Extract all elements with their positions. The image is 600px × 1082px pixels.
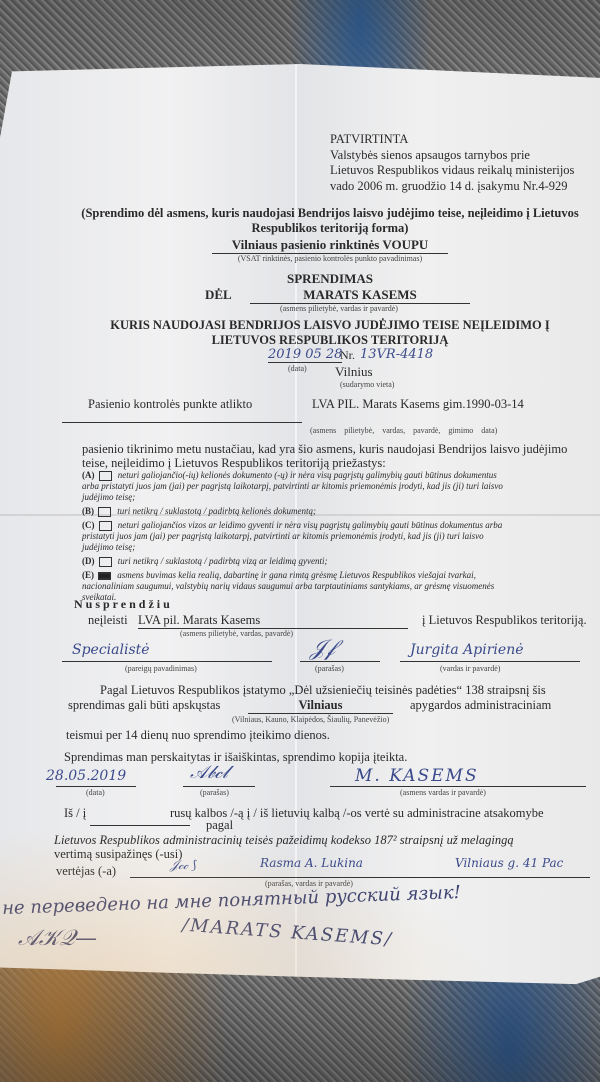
acknowledgement-name-caption: (asmens vardas ir pavardė) (400, 788, 486, 797)
date-caption: (data) (288, 364, 307, 373)
person-signature: 𝒜𝒷𝒸𝓁 (190, 762, 228, 783)
nr-label: Nr. (340, 348, 355, 363)
handwritten-note: не переведено на мне понятный русский яз… (2, 882, 461, 919)
translator-label: vertėjas (-a) (56, 864, 116, 879)
ruling-heading: Nusprendžiu (74, 597, 173, 612)
reason-text: judėjimo teisę; (82, 492, 135, 502)
reason-code: (D) (82, 556, 95, 566)
officer-title-caption: (pareigų pavadinimas) (125, 664, 197, 673)
appeal-line: Pagal Lietuvos Respublikos įstatymo „Dėl… (100, 683, 546, 698)
del-label: DĖL (205, 287, 232, 303)
reason-text: neturi galiojančios vizos ar leidimo gyv… (118, 520, 502, 530)
officer-signature: 𝒥𝒻 (310, 636, 335, 661)
reason-text: asmens buvimas kelia realią, dabartinę i… (117, 570, 476, 580)
signature-line (183, 786, 255, 787)
acknowledgement-text: Sprendimas man perskaitytas ir išaiškint… (64, 750, 407, 765)
appeal-line: teismui per 14 dienų nuo sprendimo įteik… (66, 728, 330, 743)
court-city: Vilniaus (248, 698, 393, 714)
subject-line: KURIS NAUDOJASI BENDRIJOS LAISVO JUDĖJIM… (60, 318, 600, 333)
reason-code: (B) (82, 506, 94, 516)
finding-line: pasienio tikrinimo metu nustačiau, kad y… (82, 442, 567, 457)
acknowledgement-signature-caption: (parašas) (200, 788, 229, 797)
reason-text: turi netikrą / suklastotą / padirbtą viz… (118, 556, 328, 566)
signature-line (130, 877, 590, 878)
check-intro: Pasienio kontrolės punkte atlikto (88, 397, 252, 412)
checked-person-caption: (asmens pilietybė, vardas, pavardė, gimi… (310, 426, 497, 435)
reason-text: nacionaliniam saugumui, valstybių narių … (82, 581, 494, 591)
acknowledgement-name: M. KASEMS (355, 766, 479, 786)
reason-text: neturi galiojančio(-ių) kelionės dokumen… (118, 470, 497, 480)
approval-line: Valstybės sienos apsaugos tarnybos prie (330, 148, 574, 164)
reasons-list: (A) neturi galiojančio(-ių) kelionės dok… (82, 470, 592, 603)
ruling-verb: neįleisti (88, 613, 128, 628)
decision-person: MARATS KASEMS (250, 287, 470, 304)
blank-line (90, 825, 190, 826)
translator-signature: 𝒥𝒸𝒸 ⟆ (170, 858, 196, 873)
translator-address: Vilniaus g. 41 Pac (455, 856, 563, 870)
ruling-person-caption: (asmens pilietybė, vardas, pavardė) (180, 629, 293, 638)
reason-checkbox-d[interactable] (99, 557, 112, 567)
signature-line (300, 661, 380, 662)
decision-date: 2019 05 28 (268, 347, 342, 363)
subject-line: LIETUVOS RESPUBLIKOS TERITORIJĄ (60, 333, 600, 348)
decision-person-caption: (asmens pilietybė, vardas ir pavardė) (280, 304, 398, 313)
decision-heading: SPRENDIMAS (60, 271, 600, 287)
officer-name: Jurgita Apirienė (410, 642, 524, 658)
form-title-line: Respublikos teritoriją forma) (60, 221, 600, 236)
approval-line: vado 2006 m. gruodžio 14 d. įsakymu Nr.4… (330, 179, 574, 195)
reason-text: turi netikrą / suklastotą / padirbtą kel… (117, 506, 316, 516)
unit-name: Vilniaus pasienio rinktinės VOUPU (212, 237, 449, 254)
court-caption: (Vilniaus, Kauno, Klaipėdos, Šiaulių, Pa… (232, 715, 389, 724)
decision-number: 13VR-4418 (360, 347, 433, 362)
ruling-person: LVA pil. Marats Kasems (138, 613, 408, 629)
reason-code: (E) (82, 570, 94, 580)
handwritten-name: /MARATS KASEMS/ (182, 915, 394, 951)
unit-caption: (VSAT rinktinės, pasienio kontrolės punk… (60, 254, 600, 263)
approval-line: PATVIRTINTA (330, 132, 574, 148)
approval-block: PATVIRTINTA Valstybės sienos apsaugos ta… (330, 132, 574, 194)
signature-line (400, 661, 580, 662)
signature-caption: (parašas) (315, 664, 344, 673)
reason-code: (A) (82, 470, 95, 480)
reason-checkbox-c[interactable] (99, 521, 112, 531)
translation-from-to: Iš / į (64, 806, 86, 821)
appeal-line: apygardos administraciniam (410, 698, 551, 713)
officer-name-caption: (vardas ir pavardė) (440, 664, 500, 673)
person-signature-bottom: 𝒜𝒦𝒬— (18, 926, 97, 951)
acknowledgement-date: 28.05.2019 (46, 768, 126, 784)
reason-checkbox-b[interactable] (98, 507, 111, 517)
ruling-destination: į Lietuvos Respublikos teritoriją. (422, 613, 587, 628)
reason-checkbox-a[interactable] (99, 471, 112, 481)
unit-block: Vilniaus pasienio rinktinės VOUPU (VSAT … (60, 236, 600, 263)
blank-line (62, 422, 302, 423)
reason-a: (A) neturi galiojančio(-ių) kelionės dok… (82, 470, 592, 503)
acknowledgement-date-caption: (data) (86, 788, 105, 797)
reason-text: arba pristatyti juos jam (jai) per pagrį… (82, 481, 503, 491)
reason-text: pristatyti juos jam (jai) per pagrįstą l… (82, 531, 484, 541)
translation-familiar: vertimą susipažinęs (-usi) (54, 847, 182, 862)
officer-title: Specialistė (72, 642, 150, 658)
translator-name: Rasma A. Lukina (260, 856, 363, 870)
reason-d: (D) turi netikrą / suklastotą / padirbtą… (82, 556, 592, 567)
reason-text: judėjimo teisę; (82, 542, 135, 552)
signature-line (330, 786, 586, 787)
translation-code-line: Lietuvos Respublikos administracinių tei… (54, 833, 514, 848)
reason-c: (C) neturi galiojančios vizos ar leidimo… (82, 520, 592, 553)
decision-place: Vilnius (335, 364, 373, 380)
translation-pagal: pagal (206, 818, 233, 833)
signature-line (56, 786, 136, 787)
form-title: (Sprendimo dėl asmens, kuris naudojasi B… (60, 206, 600, 236)
place-caption: (sudarymo vieta) (340, 380, 394, 389)
checked-person-details: LVA PIL. Marats Kasems gim.1990-03-14 (312, 397, 524, 412)
decision-subject: KURIS NAUDOJASI BENDRIJOS LAISVO JUDĖJIM… (60, 318, 600, 348)
finding-line: teise, neįleidimo į Lietuvos Respublikos… (82, 456, 386, 471)
appeal-line: sprendimas gali būti apskųstas (68, 698, 220, 713)
approval-line: Lietuvos Respublikos vidaus reikalų mini… (330, 163, 574, 179)
reason-code: (C) (82, 520, 95, 530)
document-page: PATVIRTINTA Valstybės sienos apsaugos ta… (0, 64, 600, 986)
reason-b: (B) turi netikrą / suklastotą / padirbtą… (82, 506, 592, 517)
signature-line (62, 661, 272, 662)
form-title-line: (Sprendimo dėl asmens, kuris naudojasi B… (60, 206, 600, 221)
reason-checkbox-e-checked[interactable] (98, 572, 111, 580)
